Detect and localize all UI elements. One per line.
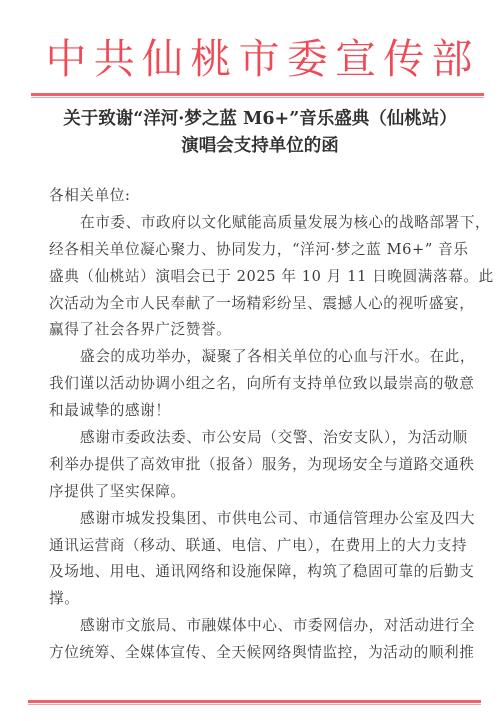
page-bottom-divider bbox=[28, 700, 481, 705]
letterhead-char: 部 bbox=[430, 33, 474, 85]
paragraph-line: 和最诚挚的感谢！ bbox=[49, 398, 467, 425]
paragraph-line: 利举办提供了高效审批（报备）服务，为现场安全与道路交通秩 bbox=[49, 452, 467, 479]
letterhead-char: 委 bbox=[285, 33, 329, 85]
letterhead-char: 仙 bbox=[141, 33, 185, 85]
paragraph-line: 方位统筹、全媒体宣传、全天候网络舆情监控，为活动的顺利推 bbox=[49, 640, 467, 667]
paragraph-5: 感谢市文旅局、市融媒体中心、市委网信办，对活动进行全 方位统筹、全媒体宣传、全天… bbox=[49, 613, 467, 667]
document-title-line-2: 演唱会支持单位的函 bbox=[40, 133, 480, 160]
letterhead-char: 中 bbox=[44, 33, 88, 85]
letterhead-title: 中 共 仙 桃 市 委 宣 传 部 bbox=[44, 33, 474, 85]
paragraph-line: 盛会的成功举办，凝聚了各相关单位的心血与汗水。在此， bbox=[49, 344, 467, 371]
document-title-line-1: 关于致谢“洋河·梦之蓝 M6+”音乐盛典（仙桃站） bbox=[40, 106, 480, 133]
paragraph-line: 次活动为全市人民奉献了一场精彩纷呈、震撼人心的视听盛宴， bbox=[49, 291, 467, 318]
paragraph-3: 感谢市委政法委、市公安局（交警、治安支队），为活动顺 利举办提供了高效审批（报备… bbox=[49, 425, 467, 506]
paragraph-line: 在市委、市政府以文化赋能高质量发展为核心的战略部署下， bbox=[49, 210, 467, 237]
salutation: 各相关单位: bbox=[49, 183, 467, 210]
letterhead-char: 传 bbox=[382, 33, 426, 85]
paragraph-line: 撑。 bbox=[49, 586, 467, 613]
letterhead-divider bbox=[31, 93, 484, 98]
divider-thin-line bbox=[31, 97, 484, 98]
letterhead-char: 桃 bbox=[189, 33, 233, 85]
paragraph-4: 感谢市城发投集团、市供电公司、市通信管理办公室及四大 通讯运营商（移动、联通、电… bbox=[49, 506, 467, 614]
paragraph-line: 赢得了社会各界广泛赞誉。 bbox=[49, 317, 467, 344]
paragraph-line: 感谢市委政法委、市公安局（交警、治安支队），为活动顺 bbox=[49, 425, 467, 452]
salutation-text: 各相关单位: bbox=[49, 183, 467, 210]
paragraph-line: 感谢市文旅局、市融媒体中心、市委网信办，对活动进行全 bbox=[49, 613, 467, 640]
paragraph-line: 经各相关单位凝心聚力、协同发力，“洋河·梦之蓝 M6+” 音乐 bbox=[49, 237, 467, 264]
letter-body: 各相关单位: 在市委、市政府以文化赋能高质量发展为核心的战略部署下， 经各相关单… bbox=[49, 183, 467, 667]
letterhead-char: 市 bbox=[237, 33, 281, 85]
letterhead-char: 共 bbox=[92, 33, 136, 85]
paragraph-line: 序提供了坚实保障。 bbox=[49, 479, 467, 506]
paragraph-line: 我们谨以活动协调小组之名，向所有支持单位致以最崇高的敬意 bbox=[49, 371, 467, 398]
paragraph-1: 在市委、市政府以文化赋能高质量发展为核心的战略部署下， 经各相关单位凝心聚力、协… bbox=[49, 210, 467, 344]
paragraph-line: 及场地、用电、通讯网络和设施保障，构筑了稳固可靠的后勤支 bbox=[49, 559, 467, 586]
divider-thick-line bbox=[31, 93, 484, 96]
paragraph-line: 通讯运营商（移动、联通、电信、广电），在费用上的大力支持 bbox=[49, 533, 467, 560]
divider-thin-line bbox=[28, 704, 481, 705]
paragraph-2: 盛会的成功举办，凝聚了各相关单位的心血与汗水。在此， 我们谨以活动协调小组之名，… bbox=[49, 344, 467, 425]
divider-thick-line bbox=[28, 700, 481, 703]
paragraph-line: 感谢市城发投集团、市供电公司、市通信管理办公室及四大 bbox=[49, 506, 467, 533]
letterhead-char: 宣 bbox=[334, 33, 378, 85]
paragraph-line: 盛典（仙桃站）演唱会已于 2025 年 10 月 11 日晚圆满落幕。此 bbox=[49, 264, 467, 291]
document-title: 关于致谢“洋河·梦之蓝 M6+”音乐盛典（仙桃站） 演唱会支持单位的函 bbox=[40, 106, 480, 160]
